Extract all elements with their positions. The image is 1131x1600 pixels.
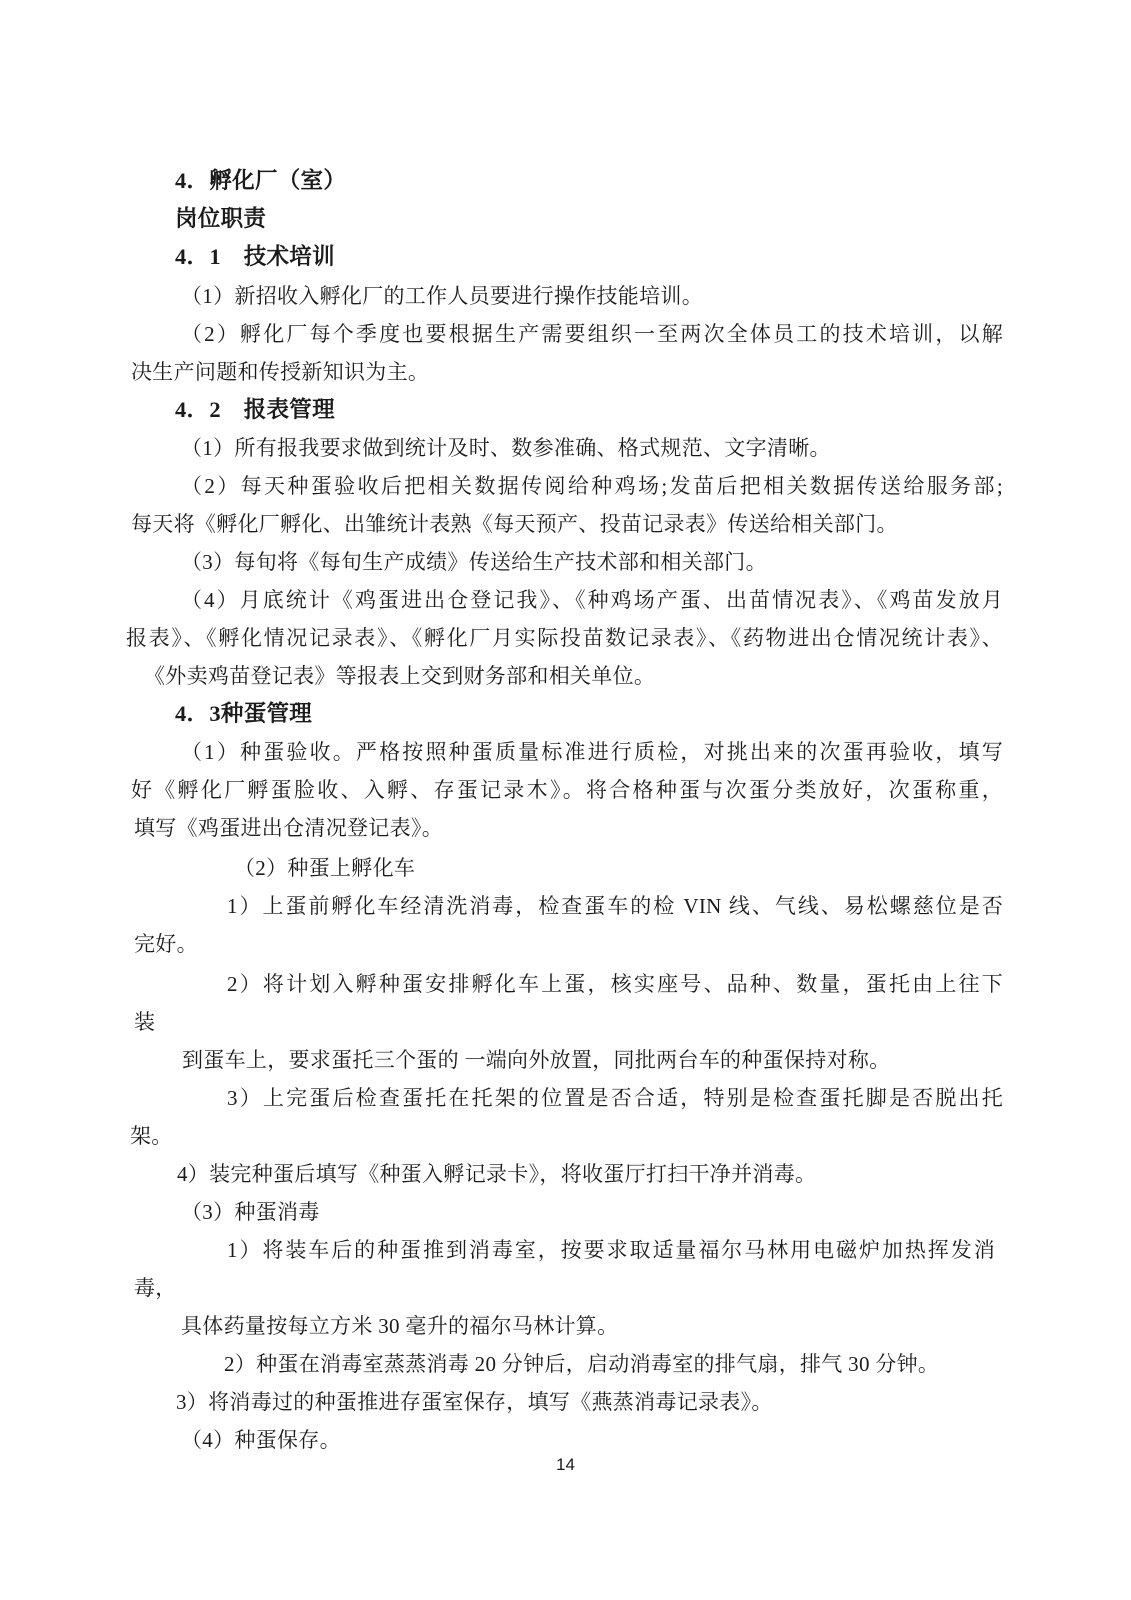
section-heading: 岗位职责 — [175, 204, 266, 234]
text-line: （2）每天种蛋验收后把相关数据传阅给种鸡场;发苗后把相关数据传送给服务部; — [181, 471, 1003, 501]
text-line: 到蛋车上，要求蛋托三个蛋的 一端向外放置，同批两台车的种蛋保持对称。 — [182, 1045, 890, 1075]
text-line: 报表》、《孵化情况记录表》、《孵化厂月实际投苗数记录表》、《药物进出仓情况统计表… — [126, 623, 1003, 653]
text-line: 2）将计划入孵种蛋安排孵化车上蛋，核实座号、品种、数量，蛋托由上往下 — [227, 969, 1003, 999]
text-line: （3）种蛋消毒 — [181, 1197, 320, 1227]
text-line: 2）种蛋在消毒室蒸蒸消毒 20 分钟后，启动消毒室的排气扇，排气 30 分钟。 — [224, 1349, 939, 1379]
text-line: 装 — [134, 1007, 155, 1037]
text-line: （1）新招收入孵化厂的工作人员要进行操作技能培训。 — [181, 281, 703, 311]
text-line: 1）将装车后的种蛋推到消毒室，按要求取适量福尔马林用电磁炉加热挥发消 — [227, 1235, 995, 1265]
section-heading: 4．1 技术培训 — [175, 242, 335, 272]
text-line: 决生产问题和传授新知识为主。 — [131, 357, 429, 387]
text-line: （4）种蛋保存。 — [181, 1425, 341, 1455]
section-heading: 4．2 报表管理 — [175, 395, 335, 425]
text-line: 填写《鸡蛋进出仓清况登记表》。 — [134, 813, 443, 843]
text-line: 3）上完蛋后检查蛋托在托架的位置是否合适，特别是检查蛋托脚是否脱出托 — [227, 1083, 1003, 1113]
text-line: （1）所有报我要求做到统计及时、数参准确、格式规范、文字清晰。 — [181, 433, 831, 463]
text-line: 好《孵化厂孵蛋脸收、入孵、存蛋记录木》。将合格种蛋与次蛋分类放好，次蛋称重， — [131, 775, 1003, 805]
text-line: 每天将《孵化厂孵化、出雏统计表熟《每天预产、投苗记录表》传送给相关部门。 — [131, 509, 898, 539]
text-line: （2）孵化厂每个季度也要根据生产需要组织一至两次全体员工的技术培训，以解 — [181, 319, 1003, 349]
section-heading: 4．孵化厂（室） — [175, 166, 346, 196]
document-page: 4．孵化厂（室） 岗位职责 4．1 技术培训 （1）新招收入孵化厂的工作人员要进… — [0, 0, 1131, 1600]
text-line: （2）种蛋上孵化车 — [234, 853, 415, 883]
page-number: 14 — [0, 1455, 1131, 1475]
text-line: 3）将消毒过的种蛋推进存蛋室保存，填写《燕蒸消毒记录表》。 — [176, 1387, 773, 1417]
text-line: 完好。 — [134, 929, 198, 959]
text-line: （4）月底统计《鸡蛋进出仓登记我》、《种鸡场产蛋、出苗情况表》、《鸡苗发放月 — [181, 585, 1003, 615]
text-line: （1）种蛋验收。严格按照种蛋质量标准进行质检，对挑出来的次蛋再验收，填写 — [181, 737, 1003, 767]
section-heading: 4．3种蛋管理 — [175, 699, 312, 729]
text-line: 4）装完种蛋后填写《种蛋入孵记录卡》，将收蛋厅打扫干净并消毒。 — [177, 1159, 816, 1189]
text-line: 具体药量按每立方米 30 毫升的福尔马林计算。 — [181, 1311, 618, 1341]
text-line: （3）每旬将《每旬生产成绩》传送给生产技术部和相关部门。 — [181, 547, 767, 577]
text-line: 1）上蛋前孵化车经清洗消毒，检查蛋车的检 VIN 线、气线、易松螺慈位是否 — [227, 891, 1003, 921]
text-line: 《外卖鸡苗登记表》等报表上交到财务部和相关单位。 — [144, 661, 655, 691]
text-line: 毒， — [134, 1273, 177, 1303]
text-line: 架。 — [130, 1121, 173, 1151]
